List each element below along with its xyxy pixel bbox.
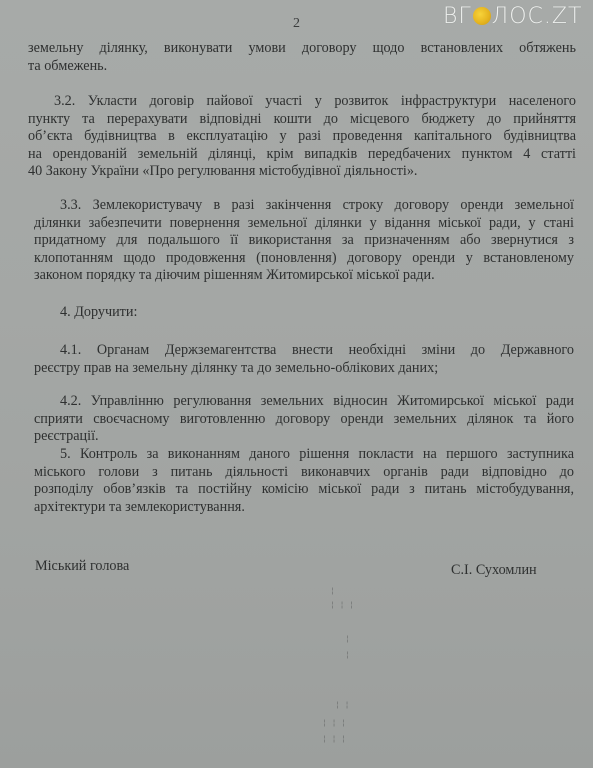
bleed-through-mark: ¦ ¦ ¦ (322, 734, 346, 743)
text-line: 4.2. Управлінню регулювання земельних ві… (34, 393, 574, 411)
bleed-through-mark: ¦ (345, 650, 350, 659)
text-line: міського голови з питань діяльності вико… (34, 464, 574, 482)
text-line: архітектури та землекористування. (34, 499, 574, 517)
signature-name: С.І. Сухомлин (451, 562, 537, 579)
text-line: та обмежень. (28, 58, 576, 76)
text-line: клопотанням щодо продовження (поновлення… (34, 250, 574, 268)
paragraph-4-2: 4.2. Управлінню регулювання земельних ві… (34, 393, 574, 446)
text-line: придатному для подальшого її використанн… (34, 232, 574, 250)
text-line: 3.3. Землекористувачу в разі закінчення … (34, 197, 574, 215)
text-line: сприяти своєчасному виготовленню договор… (34, 411, 574, 429)
text-line: розподілу обов’язків та постійну комісію… (34, 481, 574, 499)
paragraph-3-2: 3.2. Укласти договір пайової участі у ро… (28, 93, 576, 181)
bleed-through-mark: ¦ ¦ ¦ (330, 600, 354, 609)
text-line: земельну ділянку, виконувати умови догов… (28, 40, 576, 58)
text-line: ділянки забезпечити повернення земельної… (34, 215, 574, 233)
document-page: ВГЛОС.ZT 2 земельну ділянку, виконувати … (0, 0, 593, 768)
text-line: 4. Доручити: (34, 304, 574, 322)
text-line: реєстру прав на земельну ділянку та до з… (34, 360, 574, 378)
page-number: 2 (0, 16, 593, 32)
text-line: пункту та перерахувати відповідні кошти … (28, 111, 576, 129)
paragraph-4: 4. Доручити: (34, 304, 574, 322)
bleed-through-mark: ¦ (330, 586, 335, 595)
paragraph-5: 5. Контроль за виконанням даного рішення… (34, 446, 574, 516)
text-line: 4.1. Органам Держземагентства внести нео… (34, 342, 574, 360)
text-line: реєстрації. (34, 428, 574, 446)
paragraph-3-3: 3.3. Землекористувачу в разі закінчення … (34, 197, 574, 285)
text-line: законом порядку та діючим рішенням Житом… (34, 267, 574, 285)
text-line: 5. Контроль за виконанням даного рішення… (34, 446, 574, 464)
text-line: 40 Закону України «Про регулювання місто… (28, 163, 576, 181)
bleed-through-mark: ¦ ¦ ¦ (322, 718, 346, 727)
bleed-through-mark: ¦ ¦ (335, 700, 349, 709)
text-line: 3.2. Укласти договір пайової участі у ро… (28, 93, 576, 111)
signature-title: Міський голова (35, 558, 129, 575)
paragraph-continuation: земельну ділянку, виконувати умови догов… (28, 40, 576, 75)
paragraph-4-1: 4.1. Органам Держземагентства внести нео… (34, 342, 574, 377)
text-line: на орендованій земельній ділянці, крім в… (28, 146, 576, 164)
text-line: об’єкта будівництва в експлуатацію у раз… (28, 128, 576, 146)
bleed-through-mark: ¦ (345, 634, 350, 643)
